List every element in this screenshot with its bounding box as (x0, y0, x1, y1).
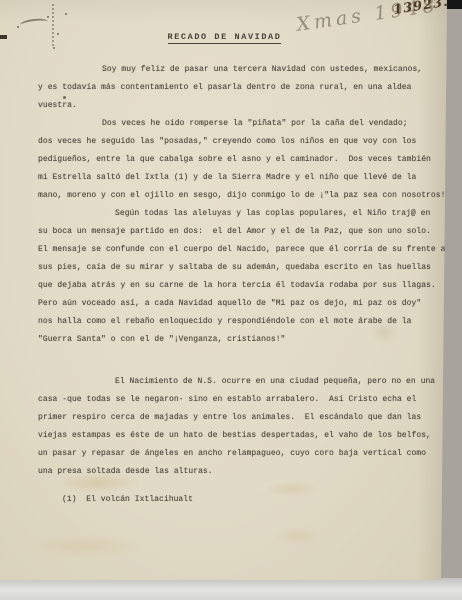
text-line: Pero aún voceado así, a cada Navidad aqu… (38, 295, 434, 313)
text-line: El mensaje se confunde con el cuerpo del… (38, 241, 434, 259)
text-line: primer respiro cerca de majadas y entre … (38, 409, 434, 427)
paper-stain (28, 534, 143, 558)
footnote: (1) El volcán Ixtlacihualt (38, 491, 434, 509)
text-line: nos halla como el rebaño enloquecido y r… (38, 313, 434, 331)
text-line: pedigueños, entre la que cabalga sobre e… (38, 151, 434, 169)
page-title: RECADO DE NAVIDAD (168, 32, 282, 44)
page-title-row: RECADO DE NAVIDAD (0, 26, 449, 44)
document-body: Soy muy feliz de pasar una tercera Navid… (38, 61, 434, 509)
text-line: que dejaba atrás y en su carne de la hor… (38, 277, 434, 295)
text-line: Soy muy feliz de pasar una tercera Navid… (38, 61, 434, 79)
text-line: vuestra. (38, 97, 434, 115)
text-line: dos veces he seguido las "posadas," crey… (38, 133, 434, 151)
text-line: sus pies, caía de su mirar y saltaba de … (38, 259, 434, 277)
text-line: mi Estrella saltó del Ixtla (1) y de la … (38, 169, 434, 187)
text-line: su boca un mensaje partido en dos: el de… (38, 223, 434, 241)
text-line: y es todavía más contentamiento el pasar… (38, 79, 434, 97)
text-line: "Guerra Santa" o con el de "¡Venganza, c… (38, 331, 434, 349)
text-line: casa -que todas se le negaron- sino en e… (38, 391, 434, 409)
scanner-bed-bottom (0, 578, 462, 600)
scan-corner-shadow (445, 0, 462, 9)
scanned-letter-page: Xmas 1948 13923.1 RECADO DE NAVIDAD Soy … (0, 0, 462, 600)
text-line: Según todas las aleluyas y las coplas po… (38, 205, 434, 223)
text-line: un pasar y repasar de ángeles en ancho r… (38, 445, 434, 463)
text-line: una presa soltada desde las alturas. (38, 463, 434, 481)
paper-stain (272, 526, 324, 546)
ink-speck (47, 16, 49, 18)
text-line: Dos veces he oído romperse la "piñata" p… (38, 115, 434, 133)
ink-speck (65, 13, 67, 15)
text-line: El Nacimiento de N.S. ocurre en una ciud… (38, 373, 434, 391)
text-line: viejas estampas es éste de un hato de be… (38, 427, 434, 445)
ink-speck (53, 47, 55, 49)
paper-sheet: Xmas 1948 13923.1 RECADO DE NAVIDAD Soy … (0, 0, 449, 580)
text-line: mano, moreno y con el ojillo en sesgo, d… (38, 187, 434, 205)
